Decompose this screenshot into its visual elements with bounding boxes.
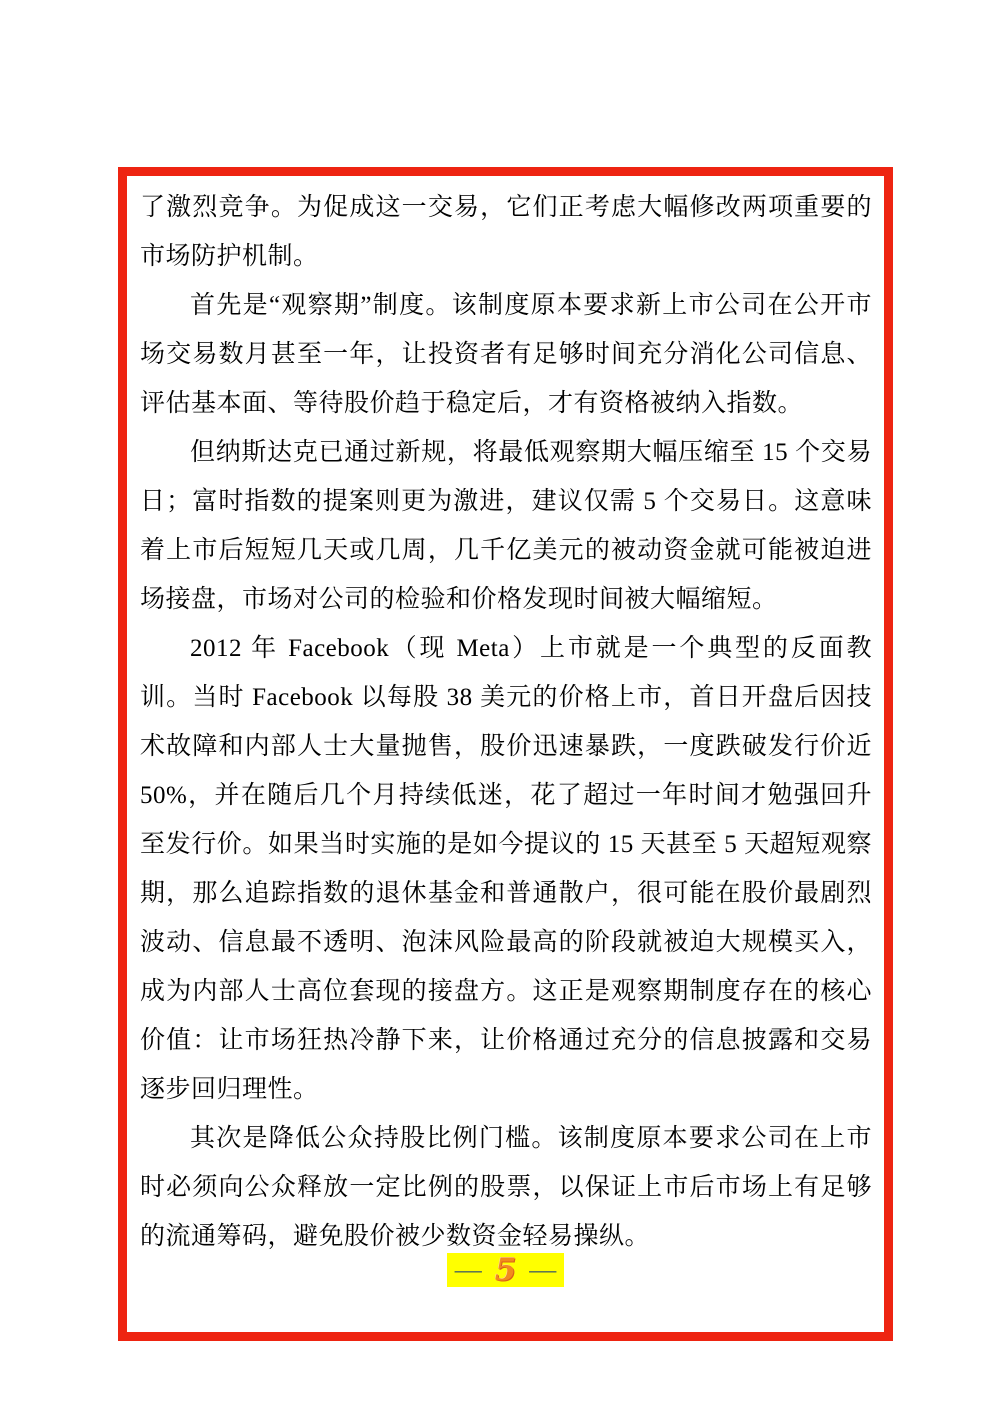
paragraph-nasdaq-new-rule: 但纳斯达克已通过新规，将最低观察期大幅压缩至 15 个交易日；富时指数的提案则更… [140, 428, 872, 624]
page-number-highlight: — 5 — [447, 1253, 565, 1287]
page-footer: — 5 — [127, 1253, 884, 1287]
page-border-frame: 了激烈竞争。为促成这一交易，它们正考虑大幅修改两项重要的市场防护机制。 首先是“… [118, 167, 893, 1341]
paragraph-facebook-lesson: 2012 年 Facebook（现 Meta）上市就是一个典型的反面教训。当时 … [140, 624, 872, 1114]
document-body-text: 了激烈竞争。为促成这一交易，它们正考虑大幅修改两项重要的市场防护机制。 首先是“… [140, 183, 872, 1261]
paragraph-market-protection: 了激烈竞争。为促成这一交易，它们正考虑大幅修改两项重要的市场防护机制。 [140, 183, 872, 281]
paragraph-observation-period: 首先是“观察期”制度。该制度原本要求新上市公司在公开市场交易数月甚至一年，让投资… [140, 281, 872, 428]
paragraph-public-float-threshold: 其次是降低公众持股比例门槛。该制度原本要求公司在上市时必须向公众释放一定比例的股… [140, 1114, 872, 1261]
document-page: 了激烈竞争。为促成这一交易，它们正考虑大幅修改两项重要的市场防护机制。 首先是“… [0, 0, 1000, 1414]
